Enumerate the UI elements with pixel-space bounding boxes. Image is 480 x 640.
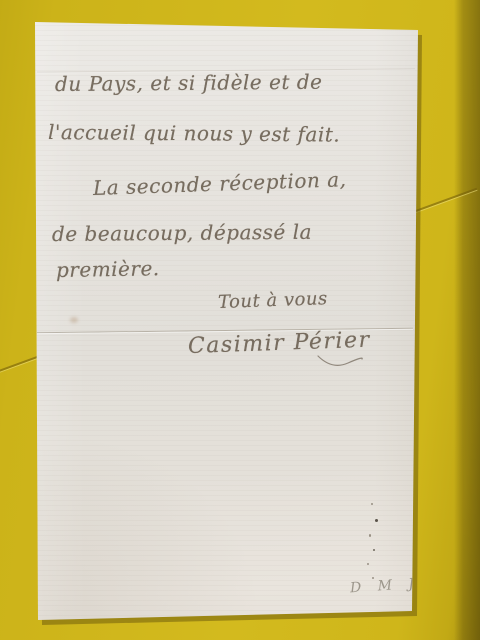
ink-speck xyxy=(371,503,373,505)
backing-sheet-edge-shadow xyxy=(454,0,480,640)
handwriting-line-5: première. xyxy=(56,256,160,282)
paper-stain xyxy=(70,317,78,323)
handwriting-line-4: de beaucoup, dépassé la xyxy=(52,220,312,246)
handwriting-line-2: l'accueil qui nous y est fait. xyxy=(48,120,340,147)
handwriting-line-1: du Pays, et si fidèle et de xyxy=(55,70,323,96)
closing-salutation: Tout à vous xyxy=(218,288,328,313)
ink-speck xyxy=(367,563,369,565)
letter-photograph: du Pays, et si fidèle et de l'accueil qu… xyxy=(0,0,480,640)
ink-speck xyxy=(375,519,378,522)
letter-paper: du Pays, et si fidèle et de l'accueil qu… xyxy=(0,0,480,640)
ink-speck xyxy=(373,549,375,551)
backing-crease-left xyxy=(0,355,41,374)
ink-speck xyxy=(369,534,371,537)
